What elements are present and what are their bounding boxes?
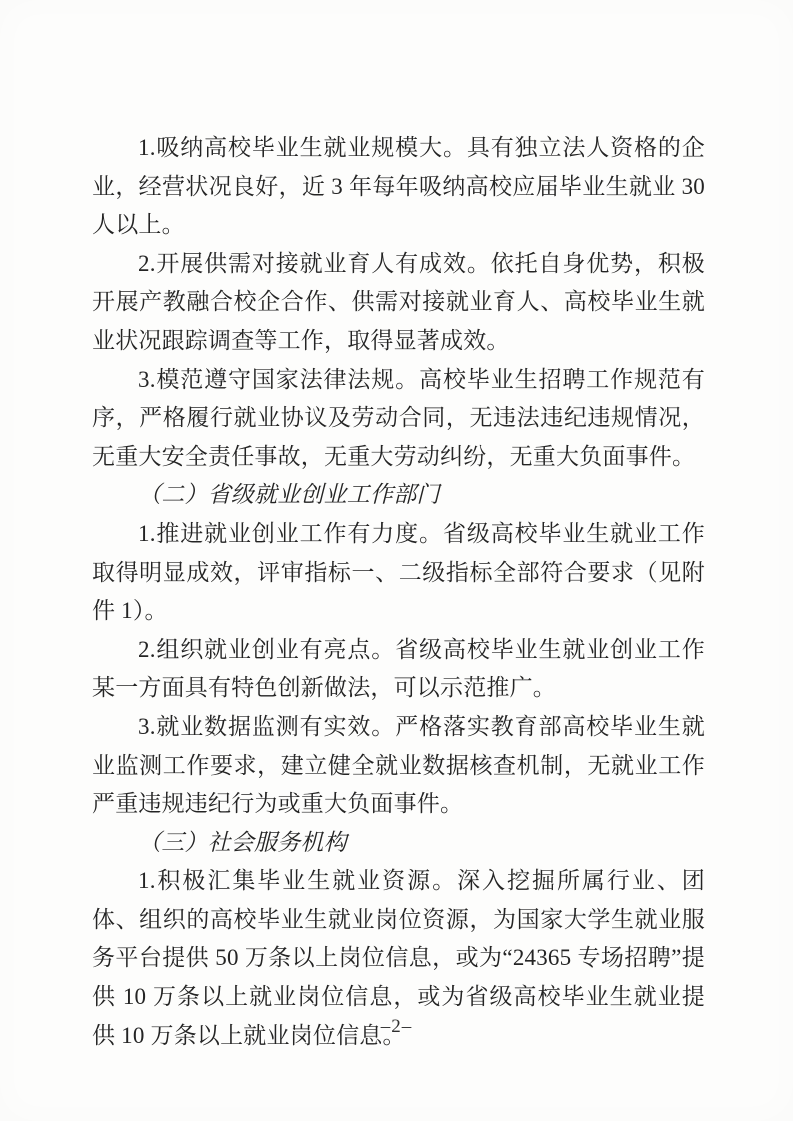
document-body: 1.吸纳高校毕业生就业规模大。具有独立法人资格的企业，经营状况良好，近 3 年每… [92, 129, 705, 1055]
page-number: –2– [0, 1016, 793, 1038]
item-lead-sentence: 1.积极汇集毕业生就业资源。 [138, 868, 457, 893]
paragraph-item-2: 2.开展供需对接就业育人有成效。依托自身优势，积极开展产教融合校企合作、供需对接… [92, 245, 705, 361]
section-heading-2: （二）省级就业创业工作部门 [92, 476, 705, 515]
item-lead-sentence: 2.开展供需对接就业育人有成效。 [138, 251, 491, 276]
paragraph-item-3: 3.模范遵守国家法律法规。高校毕业生招聘工作规范有序，严格履行就业协议及劳动合同… [92, 361, 705, 477]
paragraph-item-4: 1.推进就业创业工作有力度。省级高校毕业生就业工作取得明显成效，评审指标一、二级… [92, 515, 705, 631]
document-page: 1.吸纳高校毕业生就业规模大。具有独立法人资格的企业，经营状况良好，近 3 年每… [0, 0, 793, 1121]
paragraph-item-1: 1.吸纳高校毕业生就业规模大。具有独立法人资格的企业，经营状况良好，近 3 年每… [92, 129, 705, 245]
section-heading-3: （三）社会服务机构 [92, 824, 705, 863]
item-lead-sentence: 3.模范遵守国家法律法规。 [138, 367, 419, 392]
paragraph-item-5: 2.组织就业创业有亮点。省级高校毕业生就业创业工作某一方面具有特色创新做法，可以… [92, 631, 705, 708]
item-lead-sentence: 1.推进就业创业工作有力度。 [138, 521, 443, 546]
item-lead-sentence: 2.组织就业创业有亮点。 [138, 637, 395, 662]
item-lead-sentence: 3.就业数据监测有实效。 [138, 714, 395, 739]
paragraph-item-6: 3.就业数据监测有实效。严格落实教育部高校毕业生就业监测工作要求，建立健全就业数… [92, 708, 705, 824]
item-lead-sentence: 1.吸纳高校毕业生就业规模大。 [138, 135, 467, 160]
